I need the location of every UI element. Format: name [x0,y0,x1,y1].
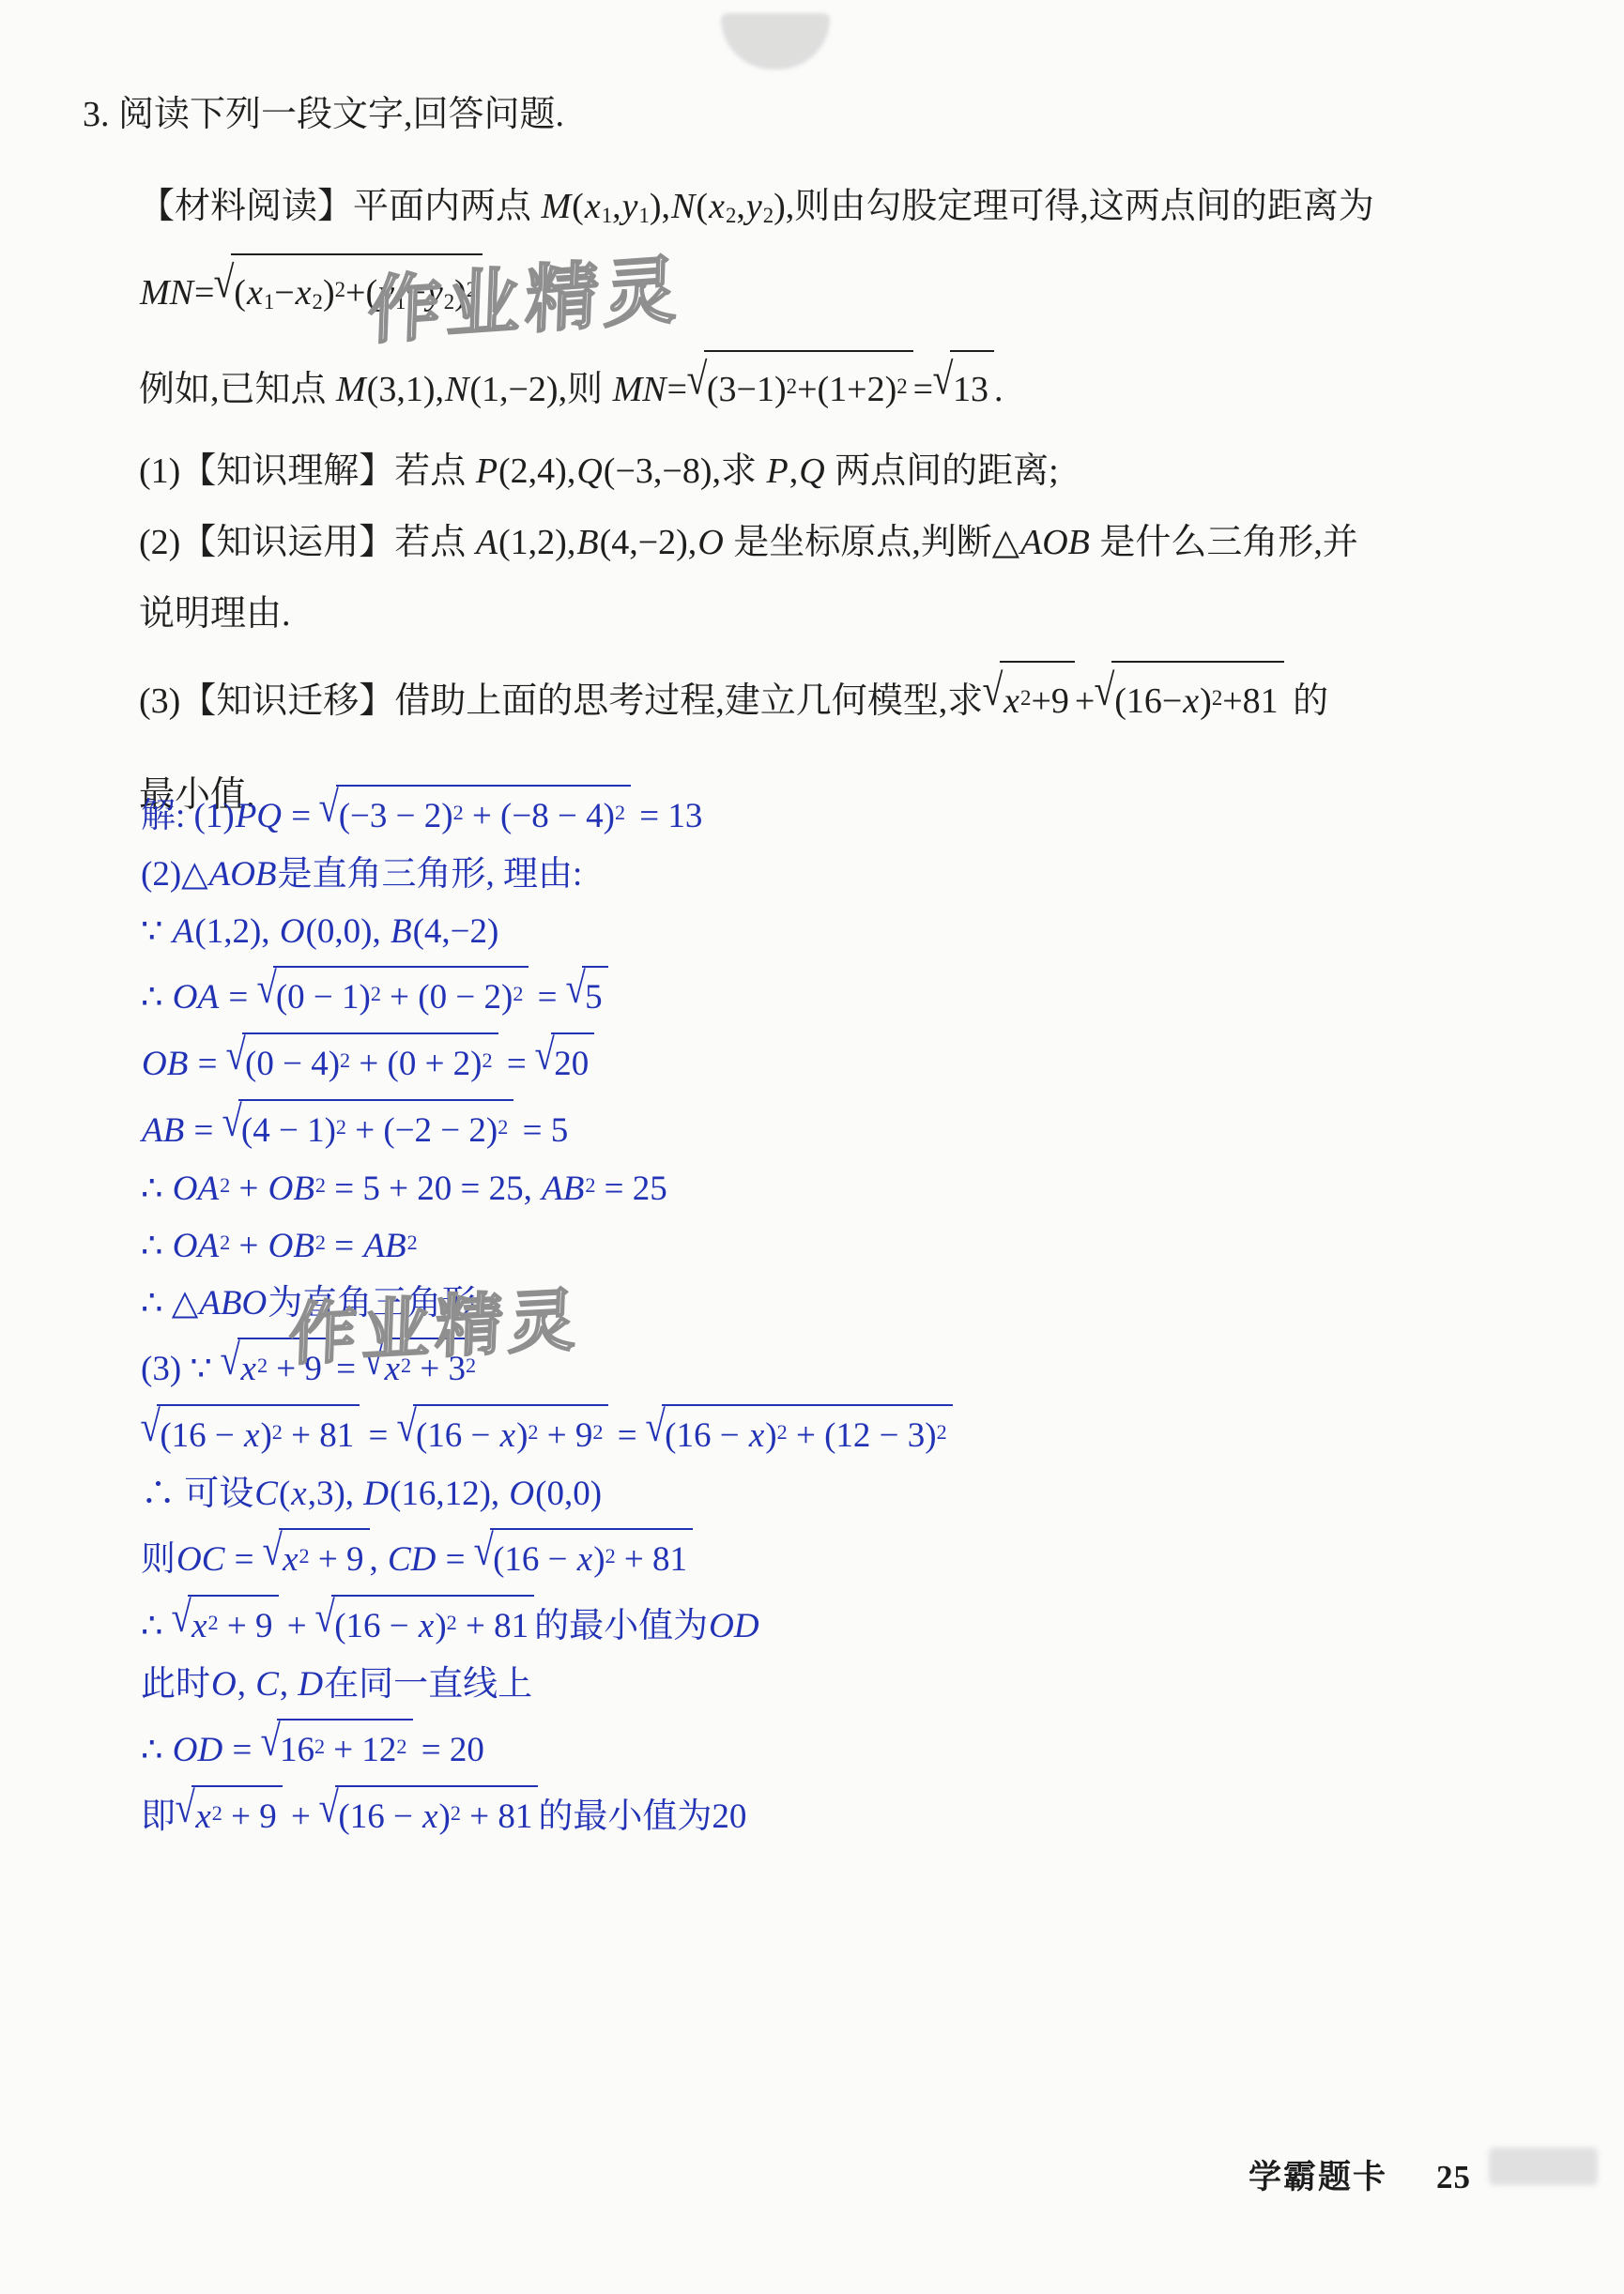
math-run: OD [708,1607,759,1645]
radicand: 162 + 122 [277,1719,413,1780]
radicand: (4 − 1)2 + (−2 − 2)2 [238,1099,513,1160]
radicand: x2 + 9 [192,1785,282,1846]
footer-brand: 学霸题卡 [1249,2159,1387,2195]
text-run: 则 [141,1540,176,1579]
radicand: x2 + 9 [188,1595,278,1656]
sqrt-expression: √(16 − x)2 + 81 [474,1528,693,1589]
sqrt-expression: √(16 − x)2 + (12 − 3)2 [646,1404,953,1465]
solution-line: ∴ 可设C(x,3), D(16,12), O(0,0) [141,1471,1549,1520]
solution-line: AB = √(4 − 1)2 + (−2 − 2)2 = 5 [141,1099,1549,1160]
radical-sign-icon: √ [222,1087,241,1160]
text-run: 的最小值为20 [538,1797,746,1836]
radicand: x2 + 9 [279,1528,369,1589]
solution-line: 则OC = √x2 + 9, CD = √(16 − x)2 + 81 [141,1528,1549,1589]
text-run: (1)【知识理解】若点 [139,451,475,491]
sqrt-expression: √x2+9 [983,661,1075,739]
math-run: P,Q [765,451,825,491]
math-run: ∴ OD = √162 + 122 = 20 [141,1731,484,1769]
radical-sign-icon: √ [565,954,585,1027]
math-run: M(x1,y1),N(x2,y2) [541,187,786,226]
problem-line: (1)【知识理解】若点 P(2,4),Q(−3,−8),求 P,Q 两点间的距离… [139,447,1561,496]
radicand: (−3 − 2)2 + (−8 − 4)2 [336,785,631,846]
text-run: 即 [141,1797,176,1836]
scan-smudge [1489,2148,1598,2185]
radicand: (16−x)2+81 [1111,661,1283,739]
math-run: AOB [1019,523,1091,562]
solution-line: ∵ A(1,2), O(0,0), B(4,−2) [141,909,1549,957]
sqrt-expression: √x2 + 9 [263,1528,370,1589]
problem-line: MN=√(x1−x2)2+(y1−y2)2 [139,253,1561,329]
solution-line: ∴ OA2 + OB2 = AB2 [141,1223,1549,1272]
sqrt-expression: √(16 − x)2 + 81 [319,1785,538,1846]
footer-page-number: 25 [1436,2159,1471,2195]
text-run: 是坐标原点,判断△ [725,523,1019,562]
math-run: M(3,1),N(1,−2) [335,370,559,409]
math-run: √x2+9+√(16−x)2+81 [983,681,1283,721]
radical-sign-icon: √ [260,1706,280,1780]
text-run: ,则 [559,370,612,409]
radicand: (16 − x)2 + 81 [490,1528,693,1589]
math-run: ∴ OA = √(0 − 1)2 + (0 − 2)2 = √5 [141,978,608,1017]
solution-line: 解: (1)PQ = √(−3 − 2)2 + (−8 − 4)2 = 13 [141,785,1549,846]
text-run: 例如,已知点 [139,370,335,409]
radical-sign-icon: √ [983,644,1004,738]
radical-sign-icon: √ [933,334,954,426]
radical-sign-icon: √ [262,1516,282,1589]
math-run: (1)PQ = √(−3 − 2)2 + (−8 − 4)2 = 13 [194,797,703,835]
radical-sign-icon: √ [256,954,276,1027]
sqrt-expression: √(0 − 1)2 + (0 − 2)2 [257,966,529,1027]
watermark-overlay: 作业精灵 [366,231,684,359]
sqrt-expression: √x2 + 9 [176,1785,283,1846]
text-run: 3. 阅读下列一段文字,回答问题. [83,95,564,134]
text-run: 的 [1284,681,1329,721]
sqrt-expression: √(3−1)2+(1+2)2 [687,350,913,426]
page-footer: 学霸题卡25 [1249,2151,1471,2198]
radical-sign-icon: √ [175,1773,194,1846]
solution-line: OB = √(0 − 4)2 + (0 + 2)2 = √20 [141,1032,1549,1093]
problem-line: 说明理由. [139,589,1561,638]
page: 3. 阅读下列一段文字,回答问题.【材料阅读】平面内两点 M(x1,y1),N(… [0,0,1624,2294]
radicand: 20 [551,1032,594,1093]
problem-line: 3. 阅读下列一段文字,回答问题. [83,90,1561,139]
solution-line: (2)△AOB是直角三角形, 理由: [141,851,1549,900]
math-run: ∴ OA2 + OB2 = AB2 [141,1227,418,1265]
math-run: ∴ OA2 + OB2 = 5 + 20 = 25, AB2 = 25 [141,1170,667,1208]
text-run: 解: [141,797,194,835]
radical-sign-icon: √ [225,1020,245,1093]
text-run: 在同一直线上 [324,1665,532,1704]
sqrt-expression: √162 + 122 [261,1719,413,1780]
sqrt-expression: √(16−x)2+81 [1095,661,1283,739]
solution-line: ∴ √x2 + 9 + √(16 − x)2 + 81的最小值为OD [141,1595,1549,1656]
radical-sign-icon: √ [314,1583,334,1656]
text-run: 是直角三角形, 理由: [278,855,583,894]
solution-line: 即√x2 + 9 + √(16 − x)2 + 81的最小值为20 [141,1785,1549,1846]
text-run: 两点间的距离; [826,451,1059,491]
math-run: OB = √(0 − 4)2 + (0 + 2)2 = √20 [141,1045,594,1083]
text-run: 说明理由. [139,594,291,634]
math-run: AB = √(4 − 1)2 + (−2 − 2)2 = 5 [141,1111,568,1150]
radicand: (16 − x)2 + (12 − 3)2 [662,1404,953,1465]
text-run: 可设 [184,1475,253,1513]
text-run: 的最小值为 [534,1607,708,1645]
radical-sign-icon: √ [140,1392,160,1465]
radicand: (16 − x)2 + 81 [157,1404,360,1465]
math-run: ∵ A(1,2), O(0,0), B(4,−2) [141,912,498,951]
sqrt-expression: √(−3 − 2)2 + (−8 − 4)2 [319,785,631,846]
math-run: ∴ [141,1475,184,1513]
problem-line: (2)【知识运用】若点 A(1,2),B(4,−2),O 是坐标原点,判断△AO… [139,518,1561,567]
radical-sign-icon: √ [687,334,708,426]
solution-line: ∴ OD = √162 + 122 = 20 [141,1719,1549,1780]
sqrt-expression: √(0 − 4)2 + (0 + 2)2 [226,1032,498,1093]
problem-text-block: 3. 阅读下列一段文字,回答问题.【材料阅读】平面内两点 M(x1,y1),N(… [83,90,1561,842]
radical-sign-icon: √ [214,237,235,329]
radical-sign-icon: √ [645,1392,665,1465]
sqrt-expression: √13 [933,350,994,426]
watermark-overlay: 作业精灵 [287,1265,583,1379]
radicand: 13 [950,350,994,426]
sqrt-expression: √5 [566,966,608,1027]
radicand: (16 − x)2 + 81 [335,1785,538,1846]
text-run: (3)【知识迁移】借助上面的思考过程,建立几何模型,求 [139,681,983,721]
text-run: (2)【知识运用】若点 [139,523,475,562]
radicand: (0 − 1)2 + (0 − 2)2 [273,966,529,1027]
sqrt-expression: √(16 − x)2 + 81 [141,1404,360,1465]
math-run: OC = √x2 + 9, CD = √(16 − x)2 + 81 [176,1540,693,1579]
solution-line: ∴ OA2 + OB2 = 5 + 20 = 25, AB2 = 25 [141,1166,1549,1215]
radical-sign-icon: √ [221,1325,240,1399]
radical-sign-icon: √ [1095,644,1115,738]
math-run: A(1,2),B(4,−2),O [475,523,725,562]
math-run: C(x,3), D(16,12), O(0,0) [253,1475,602,1513]
text-run: 此时 [141,1665,210,1704]
text-run: 是什么三角形,并 [1091,523,1358,562]
math-run: P(2,4),Q(−3,−8) [475,451,712,491]
radicand: (16 − x)2 + 92 [413,1404,609,1465]
text-run: ,求 [712,451,765,491]
math-run: O, C, D [210,1665,324,1704]
radical-sign-icon: √ [319,1773,339,1846]
sqrt-expression: √(4 − 1)2 + (−2 − 2)2 [222,1099,514,1160]
radicand: x2+9 [1000,661,1075,739]
sqrt-expression: √x2 + 9 [172,1595,279,1656]
math-run: (2)△AOB [141,855,278,894]
math-run: √x2 + 9 + √(16 − x)2 + 81 [176,1797,538,1836]
sqrt-expression: √(16 − x)2 + 92 [397,1404,609,1465]
radical-sign-icon: √ [171,1583,191,1656]
radicand: (0 − 4)2 + (0 + 2)2 [242,1032,498,1093]
problem-line: 例如,已知点 M(3,1),N(1,−2),则 MN=√(3−1)2+(1+2)… [139,350,1561,426]
radical-sign-icon: √ [473,1516,493,1589]
radical-sign-icon: √ [534,1020,554,1093]
math-run: ∴ △ABO [141,1284,268,1323]
radicand: 5 [582,966,608,1027]
math-run: ∴ √x2 + 9 + √(16 − x)2 + 81 [141,1607,534,1645]
math-run: MN=√(3−1)2+(1+2)2=√13. [612,370,1004,409]
sqrt-expression: √20 [535,1032,594,1093]
solution-line: ∴ OA = √(0 − 1)2 + (0 − 2)2 = √5 [141,966,1549,1027]
solution-line: √(16 − x)2 + 81 = √(16 − x)2 + 92 = √(16… [141,1404,1549,1465]
problem-line: (3)【知识迁移】借助上面的思考过程,建立几何模型,求√x2+9+√(16−x)… [139,661,1561,739]
sqrt-expression: √(16 − x)2 + 81 [315,1595,534,1656]
radicand: (3−1)2+(1+2)2 [704,350,913,426]
solution-line: 此时O, C, D在同一直线上 [141,1661,1549,1710]
radical-sign-icon: √ [396,1392,416,1465]
text-run: ,则由勾股定理可得,这两点间的距离为 [786,187,1374,226]
math-run: √(16 − x)2 + 81 = √(16 − x)2 + 92 = √(16… [141,1416,953,1455]
radicand: (16 − x)2 + 81 [331,1595,534,1656]
scan-shadow-blob [721,13,830,69]
radical-sign-icon: √ [319,772,339,846]
problem-line: 【材料阅读】平面内两点 M(x1,y1),N(x2,y2),则由勾股定理可得,这… [139,182,1561,231]
text-run: 【材料阅读】平面内两点 [139,187,541,226]
